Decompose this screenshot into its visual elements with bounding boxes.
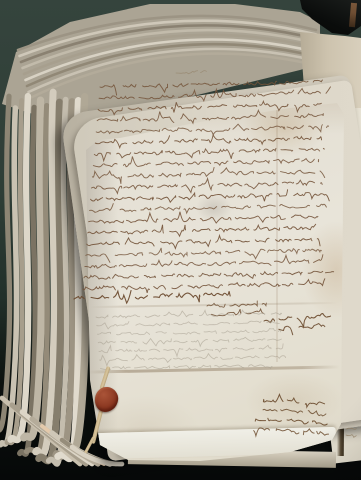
handwriting-line	[176, 70, 206, 74]
handwriting-line	[255, 417, 327, 426]
handwriting-line	[97, 328, 280, 335]
handwriting-line	[263, 393, 325, 408]
handwriting-line	[98, 99, 322, 116]
handwriting-line	[207, 301, 267, 308]
handwriting-line	[84, 269, 334, 282]
handwriting-block-corner-note	[346, 428, 356, 437]
handwriting-block-address-panel	[253, 393, 331, 441]
handwriting-line	[88, 209, 318, 226]
handwriting-line	[97, 319, 280, 329]
manuscript-photograph	[0, 0, 361, 480]
handwriting-line	[279, 323, 326, 336]
handwriting-line	[99, 87, 331, 103]
handwriting-line	[88, 221, 316, 238]
handwriting-line	[100, 364, 272, 371]
handwriting-block-dateline	[74, 287, 231, 307]
handwriting-line	[263, 407, 326, 416]
handwriting-line	[98, 336, 281, 348]
handwriting-block-signature	[264, 313, 332, 337]
handwriting-line	[85, 255, 323, 270]
handwriting-line	[94, 146, 324, 162]
handwriting-line	[100, 80, 323, 95]
handwriting-line	[74, 287, 231, 307]
handwriting-line	[96, 309, 282, 318]
handwriting-line	[87, 233, 320, 251]
handwriting-block-show-through	[96, 309, 286, 371]
handwriting-line	[264, 313, 331, 330]
handwriting-line	[100, 352, 286, 366]
handwriting-line	[89, 199, 326, 215]
handwriting-layer	[0, 0, 361, 480]
handwriting-line	[83, 279, 325, 295]
handwriting-line	[253, 425, 328, 441]
handwriting-line	[90, 189, 329, 207]
handwriting-block-body-text	[78, 80, 335, 294]
handwriting-line	[86, 244, 322, 263]
handwriting-line	[96, 122, 329, 137]
handwriting-line	[95, 132, 321, 148]
handwriting-line	[346, 428, 356, 429]
handwriting-line	[97, 108, 323, 125]
handwriting-line	[346, 435, 356, 438]
handwriting-block-stray-mark	[176, 70, 206, 74]
